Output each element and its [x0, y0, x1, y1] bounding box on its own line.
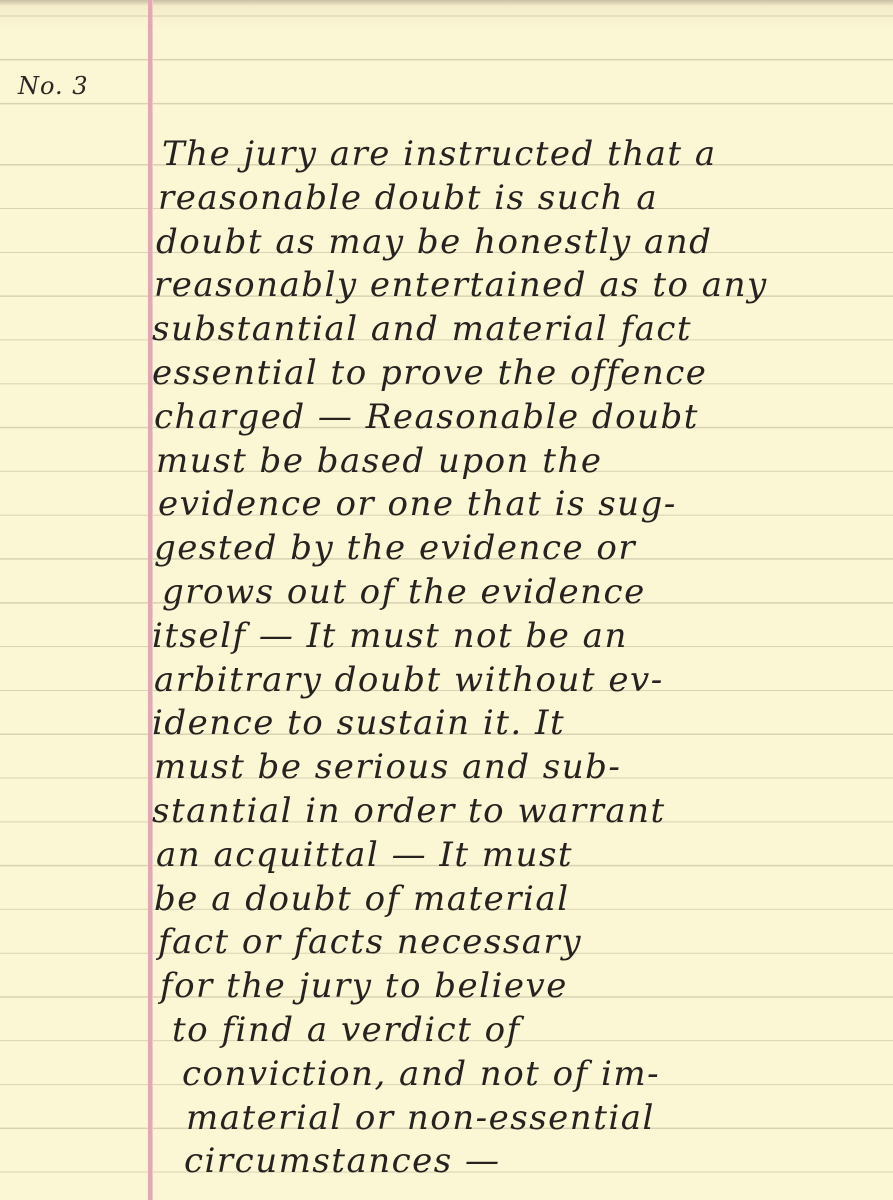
text-line: an acquittal — It must [156, 838, 573, 872]
text-line: idence to sustain it. It [152, 706, 565, 740]
text-line: reasonable doubt is such a [158, 181, 658, 215]
text-line: arbitrary doubt without ev- [154, 663, 664, 697]
text-line: essential to prove the offence [152, 356, 707, 390]
text-line: reasonably entertained as to any [154, 268, 768, 302]
text-line: be a doubt of material [154, 882, 570, 916]
text-line: stantial in order to warrant [152, 794, 666, 828]
page-number: No. 3 [18, 72, 89, 100]
text-line: circumstances — [184, 1144, 501, 1178]
text-line: fact or facts necessary [158, 925, 582, 959]
text-line: substantial and material fact [152, 312, 692, 346]
text-line: must be serious and sub- [154, 750, 621, 784]
text-line: grows out of the evidence [162, 575, 646, 609]
text-line: doubt as may be honestly and [156, 225, 712, 259]
text-line: charged — Reasonable doubt [154, 400, 699, 434]
text-line: material or non-essential [186, 1101, 655, 1135]
text-line: gested by the evidence or [154, 531, 636, 565]
text-line: evidence or one that is sug- [158, 487, 677, 521]
red-margin-line [148, 0, 152, 1200]
text-line: The jury are instructed that a [162, 137, 717, 171]
text-line: to find a verdict of [172, 1013, 521, 1047]
text-line: conviction, and not of im- [182, 1057, 660, 1091]
text-line: for the jury to believe [160, 969, 568, 1003]
paper-top-edge [0, 0, 893, 6]
text-line: itself — It must not be an [152, 619, 628, 653]
ruled-paper-page: No. 3 The jury are instructed that a rea… [0, 0, 893, 1200]
text-line: must be based upon the [156, 444, 602, 478]
